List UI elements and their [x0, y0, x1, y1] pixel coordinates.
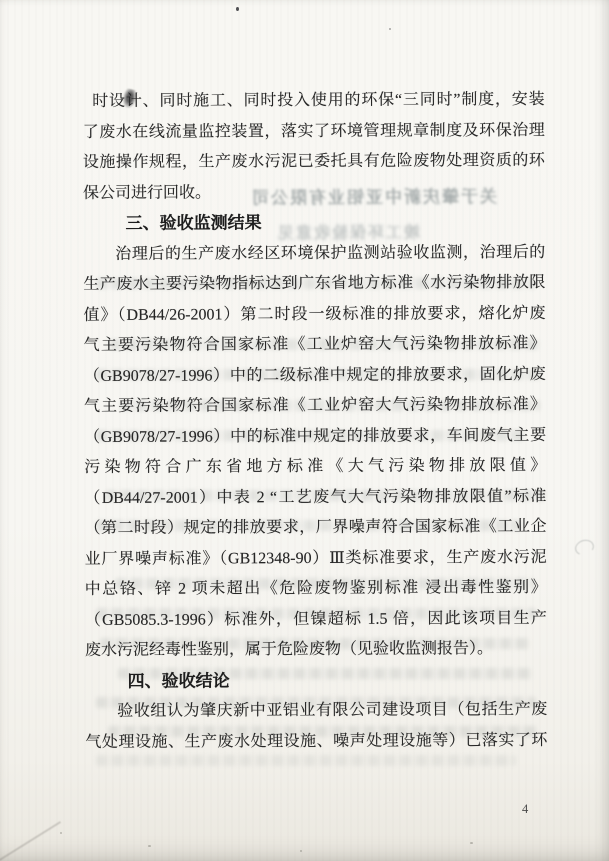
document-body: 时设计、同时施工、同时投入使用的环保“三同时”制度，安装了废水在线流量监控装置，…	[83, 85, 548, 758]
text-line: 气主要污染物符合国家标准《工业炉窑大气污染物排放标准》	[84, 390, 546, 423]
text-line: 中总铬、锌 2 项未超出《危险废物鉴别标准 浸出毒性鉴别》	[85, 573, 547, 606]
speck-artifact	[148, 845, 151, 847]
section-heading: 三、验收监测结果	[83, 207, 545, 240]
text-line: （GB9078/27-1996）中的标准中规定的排放要求，车间废气主要	[84, 420, 546, 453]
text-line: 治理后的生产废水经区环境保护监测站验收监测，治理后的	[83, 237, 545, 270]
text-line: 验收组认为肇庆新中亚铝业有限公司建设项目（包括生产废	[85, 695, 547, 728]
text-line: 值》（DB44/26-2001）第二时段一级标准的排放要求，熔化炉废	[83, 298, 545, 331]
ink-dot-artifact	[389, 28, 391, 30]
text-line: 气处理设施、生产废水处理设施、噪声处理设施等）已落实了环	[85, 725, 547, 758]
text-line: 污染物符合广东省地方标准《大气污染物排放限值》	[84, 451, 546, 484]
circle-scan-artifact	[573, 537, 596, 557]
text-line: 业厂界噪声标准》（GB12348-90）Ⅲ类标准要求，生产废水污泥	[85, 542, 547, 575]
speck-artifact	[470, 842, 473, 844]
text-line: 了废水在线流量监控装置，落实了环境管理规章制度及环保治理	[83, 115, 545, 148]
section-heading: 四、验收结论	[85, 664, 547, 697]
document-page: 关于肇庆新中亚铝业有限公司 竣工环保验收意见 时设计、同时施工、同时投入使用的环…	[0, 0, 609, 861]
text-line: 时设计、同时施工、同时投入使用的环保“三同时”制度，安装	[83, 85, 545, 118]
text-line: 设施操作规程，生产废水污泥已委托具有危险废物处理资质的环	[83, 146, 545, 179]
text-line: （第二时段）规定的排放要求，厂界噪声符合国家标准《工业企	[84, 512, 546, 545]
crease-line-artifact	[0, 821, 61, 861]
ink-dot-artifact	[236, 7, 239, 11]
text-line: （DB44/27-2001）中表 2 “工艺废气大气污染物排放限值”标准	[84, 481, 546, 514]
text-line: 生产废水主要污染物指标达到广东省地方标准《水污染物排放限	[83, 268, 545, 301]
speck-artifact	[300, 850, 302, 852]
text-line: （GB5085.3-1996）标准外，但镍超标 1.5 倍，因此该项目生产	[85, 603, 547, 636]
page-number: 4	[522, 802, 528, 817]
speck-artifact	[60, 832, 62, 834]
text-line: 废水污泥经毒性鉴别，属于危险废物（见验收监测报告）。	[85, 634, 547, 667]
text-line: （GB9078/27-1996）中的二级标准中规定的排放要求，固化炉废	[84, 359, 546, 392]
text-line: 保公司进行回收。	[83, 176, 545, 209]
text-line: 气主要污染物符合国家标准《工业炉窑大气污染物排放标准》	[84, 329, 546, 362]
